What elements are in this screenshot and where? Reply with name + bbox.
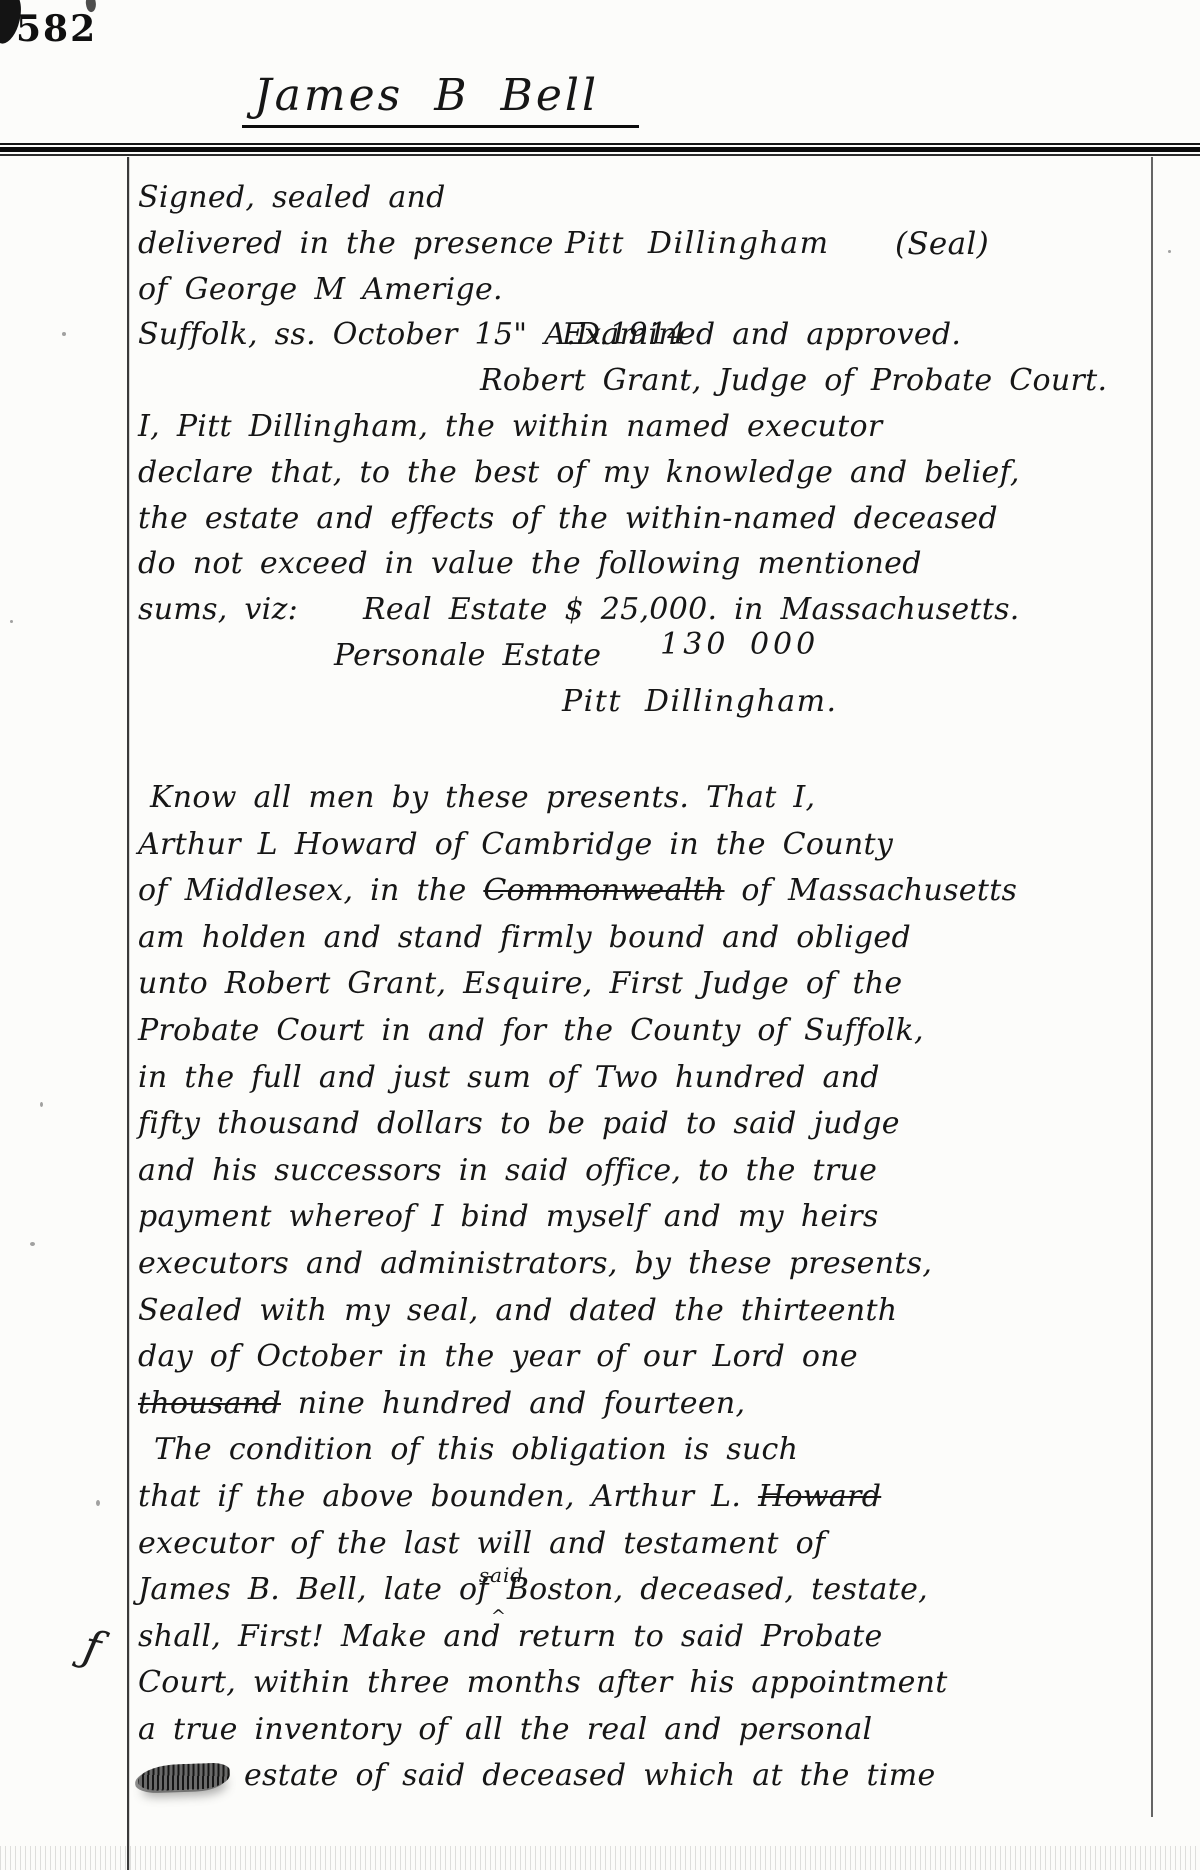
personal-estate-value: 130 000 bbox=[660, 627, 819, 662]
caret-insertion: said^ bbox=[489, 1589, 507, 1599]
handwritten-line: of Middlesex, in the Commonwealth of Mas… bbox=[138, 871, 1156, 918]
margin-pen-mark: ƒ bbox=[79, 1621, 106, 1674]
sums-label: sums, viz: bbox=[138, 592, 298, 627]
handwritten-line: Arthur L Howard of Cambridge in the Coun… bbox=[138, 825, 1156, 872]
real-estate-value: Real Estate $ 25,000. in Massachusetts. bbox=[363, 592, 1020, 627]
handwritten-line: The condition of this obligation is such bbox=[138, 1430, 1156, 1477]
struck-word: Howard bbox=[758, 1479, 881, 1514]
page-title: James B Bell bbox=[242, 70, 639, 128]
record-book-page: 582 James B Bell Signed, sealed and deli… bbox=[0, 0, 1200, 1870]
handwritten-text: estate of said deceased which at the tim… bbox=[244, 1758, 936, 1793]
witness-signature: Pitt Dillingham bbox=[565, 224, 830, 264]
personal-estate-label: Personale Estate bbox=[334, 638, 601, 673]
handwritten-line: I, Pitt Dillingham, the within named exe… bbox=[138, 407, 1156, 453]
paper-speck bbox=[10, 620, 13, 623]
executor-signature: Pitt Dillingham. bbox=[562, 682, 1156, 728]
handwritten-text: delivered in the presence bbox=[138, 226, 554, 261]
handwritten-line: Suffolk, ss. October 15" A.D.1914 Examin… bbox=[138, 315, 1156, 361]
seal-annotation: (Seal) bbox=[895, 224, 989, 264]
handwritten-line: Signed, sealed and bbox=[138, 178, 1156, 224]
paper-speck bbox=[30, 1242, 35, 1246]
handwritten-line: that if the above bounden, Arthur L. How… bbox=[138, 1477, 1156, 1524]
struck-word: Commonwealth bbox=[483, 873, 724, 908]
handwritten-line: a true inventory of all the real and per… bbox=[138, 1710, 1156, 1757]
handwritten-text: that if the above bounden, Arthur L. bbox=[138, 1479, 758, 1514]
handwritten-line: Sealed with my seal, and dated the thirt… bbox=[138, 1291, 1156, 1338]
handwritten-line: in the full and just sum of Two hundred … bbox=[138, 1058, 1156, 1105]
handwritten-text: Boston, deceased, testate, bbox=[507, 1572, 928, 1607]
struck-word: thousand bbox=[138, 1386, 281, 1421]
handwritten-line: do not exceed in value the following men… bbox=[138, 544, 1156, 590]
handwritten-line: shall, First! Make and return to said Pr… bbox=[138, 1617, 1156, 1664]
handwritten-line: fifty thousand dollars to be paid to sai… bbox=[138, 1104, 1156, 1151]
attestation-block: Signed, sealed and delivered in the pres… bbox=[138, 178, 1156, 728]
handwritten-line: Court, within three months after his app… bbox=[138, 1663, 1156, 1710]
handwritten-line: payment whereof I bind myself and my hei… bbox=[138, 1197, 1156, 1244]
handwritten-line: James B. Bell, late ofsaid^Boston, decea… bbox=[138, 1570, 1156, 1617]
inserted-word: said bbox=[479, 1555, 524, 1595]
handwritten-text: of Middlesex, in the bbox=[138, 873, 483, 908]
handwritten-line: Personale Estate 130 000 bbox=[334, 636, 1156, 682]
handwritten-line: Know all men by these presents. That I, bbox=[138, 778, 1156, 825]
handwritten-line: Probate Court in and for the County of S… bbox=[138, 1011, 1156, 1058]
paper-speck bbox=[62, 332, 66, 336]
judge-signature: Robert Grant, Judge of Probate Court. bbox=[480, 361, 1156, 407]
page-number: 582 bbox=[16, 8, 97, 50]
handwritten-line: day of October in the year of our Lord o… bbox=[138, 1337, 1156, 1384]
handwritten-text: James B. Bell, late of bbox=[138, 1572, 489, 1607]
handwritten-text: of Massachusetts bbox=[725, 873, 1018, 908]
paper-speck bbox=[1168, 250, 1171, 253]
bond-block: Know all men by these presents. That I, … bbox=[138, 778, 1156, 1803]
double-rule-divider bbox=[0, 143, 1200, 157]
handwritten-line: am holden and stand firmly bound and obl… bbox=[138, 918, 1156, 965]
examined-note: Examined and approved. bbox=[562, 315, 961, 355]
handwritten-line: thousand nine hundred and fourteen, bbox=[138, 1384, 1156, 1431]
scribbled-out-word bbox=[138, 1763, 231, 1792]
handwritten-line: delivered in the presence Pitt Dillingha… bbox=[138, 224, 1156, 270]
handwritten-text: nine hundred and fourteen, bbox=[281, 1386, 745, 1421]
handwritten-line: estate of said deceased which at the tim… bbox=[138, 1756, 1156, 1803]
handwritten-line: of George M Amerige. bbox=[138, 270, 1156, 316]
handwritten-line: sums, viz: Real Estate $ 25,000. in Mass… bbox=[138, 590, 1156, 636]
handwritten-line: the estate and effects of the within-nam… bbox=[138, 499, 1156, 545]
handwritten-line: and his successors in said office, to th… bbox=[138, 1151, 1156, 1198]
handwritten-line: unto Robert Grant, Esquire, First Judge … bbox=[138, 964, 1156, 1011]
handwritten-line: declare that, to the best of my knowledg… bbox=[138, 453, 1156, 499]
paper-speck bbox=[40, 1102, 43, 1107]
scan-noise-strip bbox=[0, 1846, 1200, 1870]
handwritten-line: executor of the last will and testament … bbox=[138, 1524, 1156, 1571]
paper-speck bbox=[96, 1500, 100, 1506]
left-margin-rule bbox=[127, 157, 129, 1870]
handwritten-line: executors and administrators, by these p… bbox=[138, 1244, 1156, 1291]
